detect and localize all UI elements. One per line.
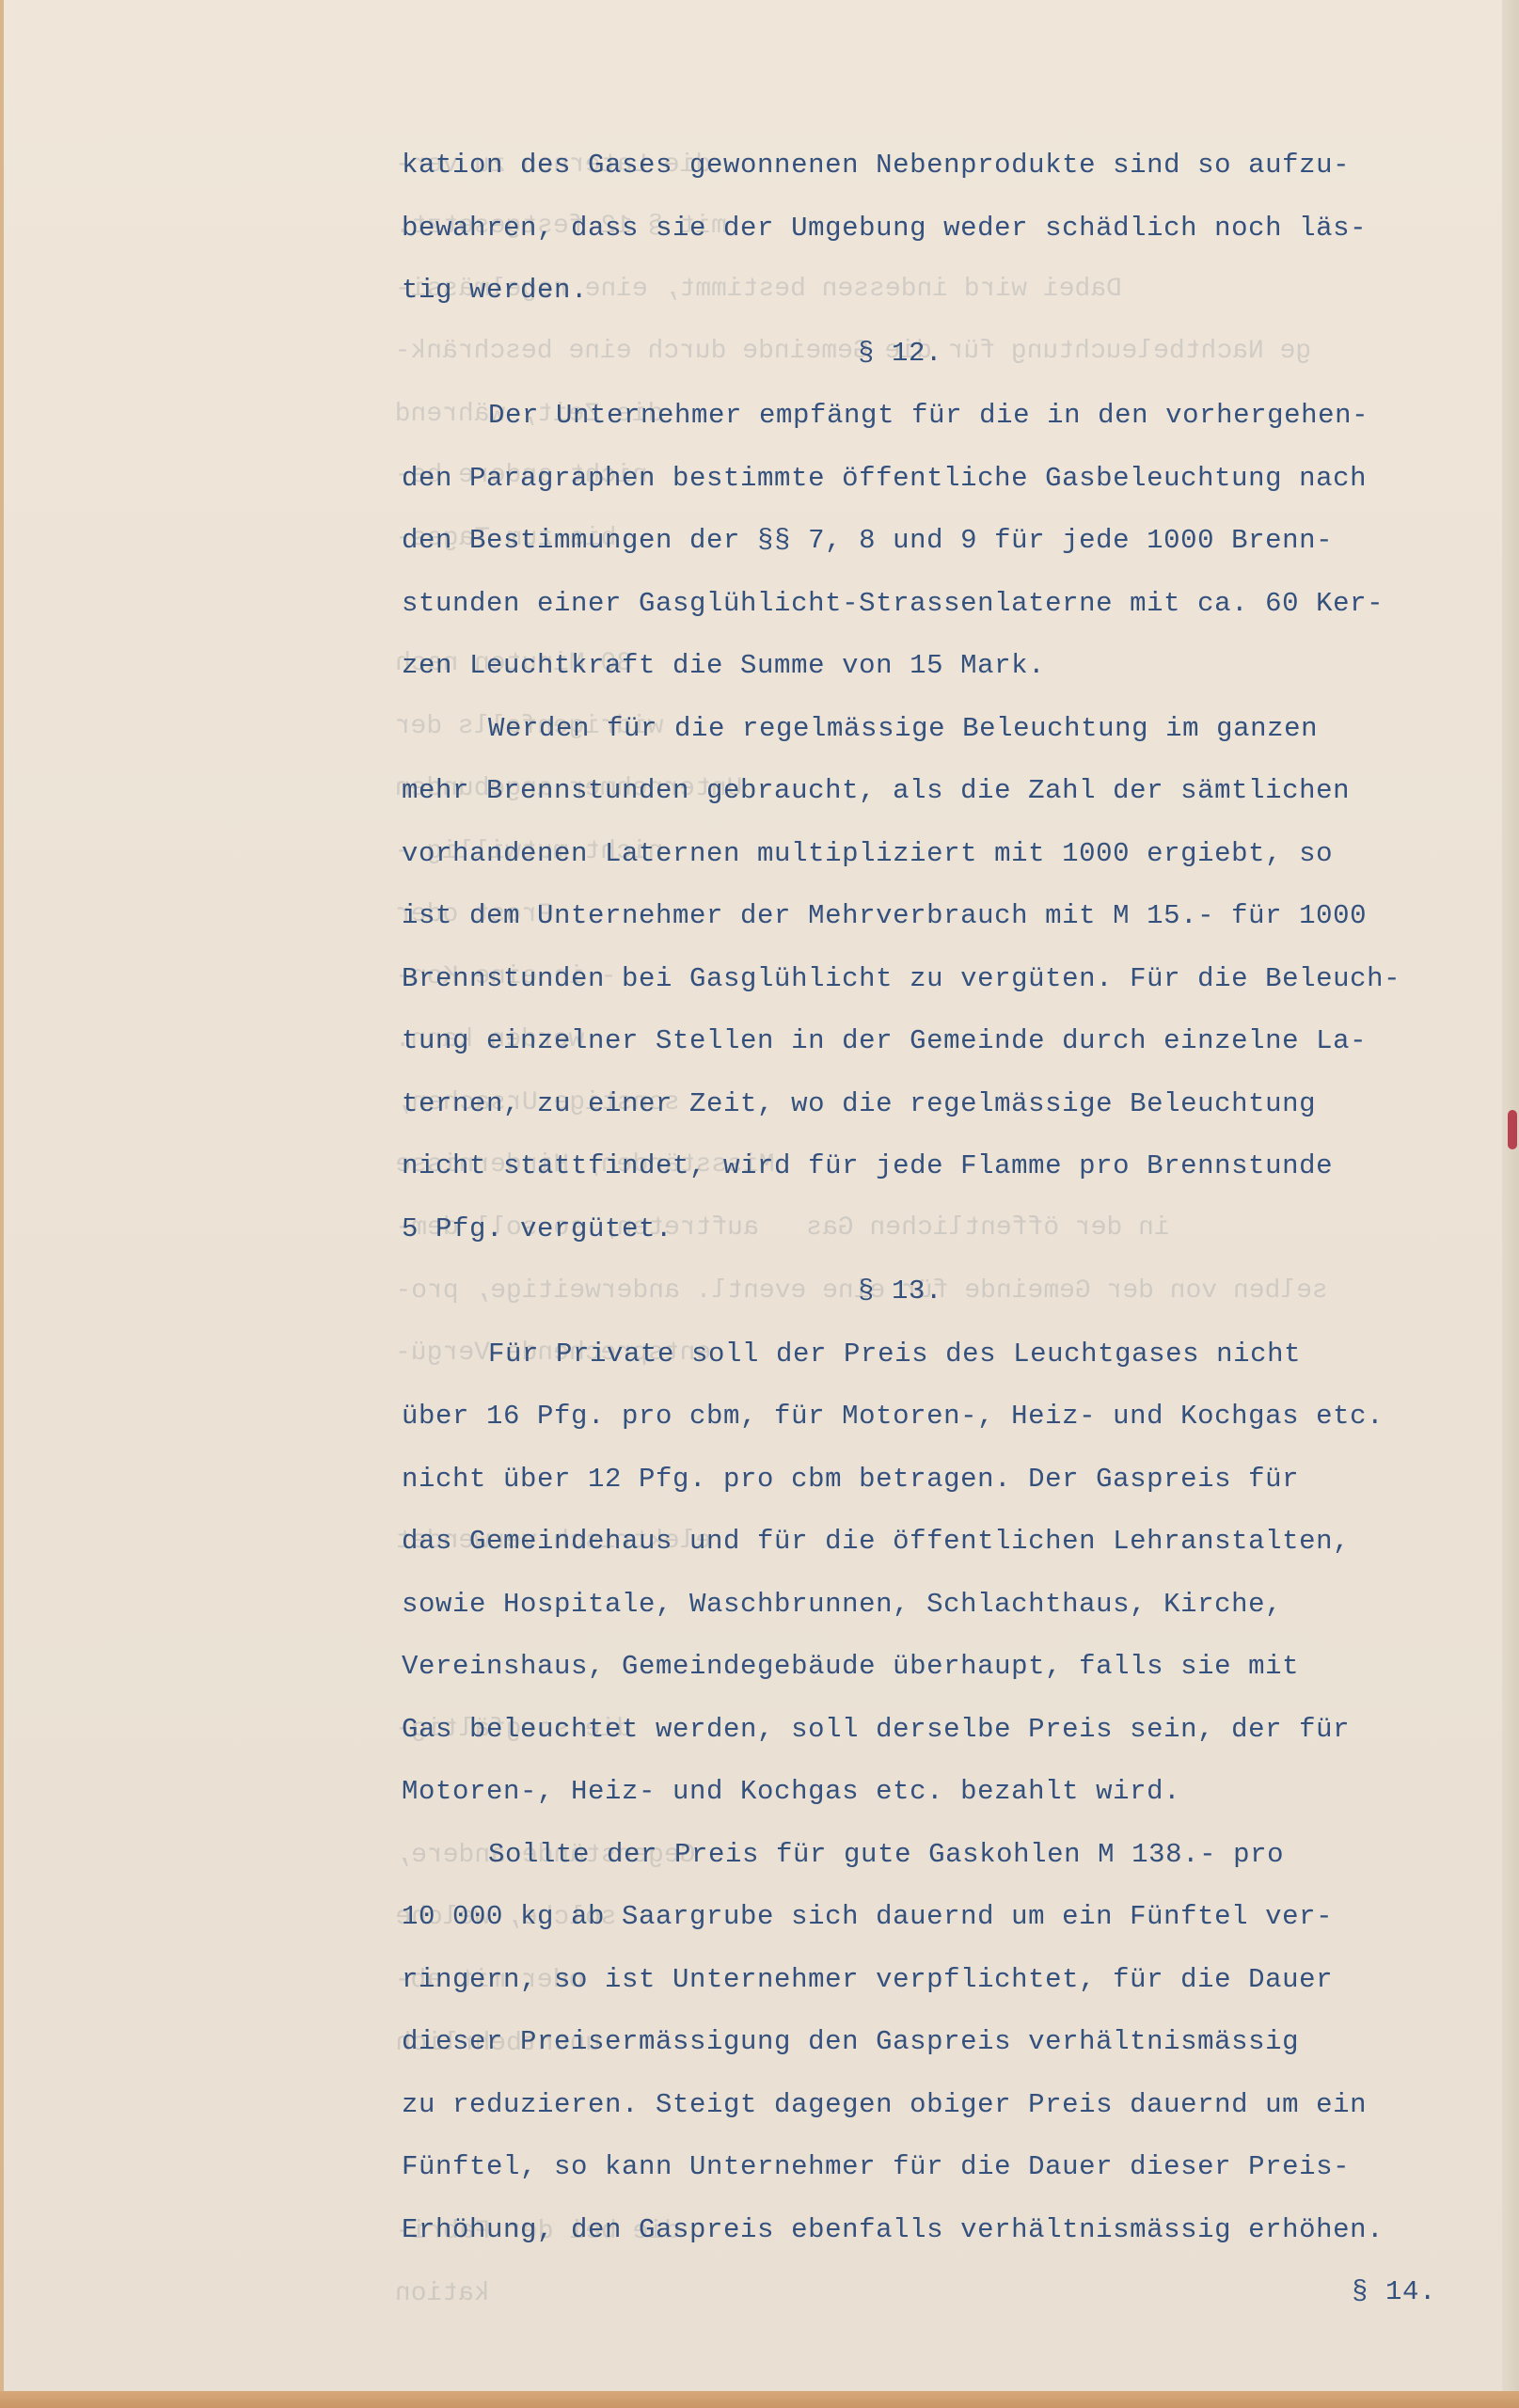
section-heading: § 12. <box>402 329 1483 392</box>
text-line: 5 Pfg. vergütet. <box>402 1205 1483 1268</box>
text-line: dieser Preisermässigung den Gaspreis ver… <box>402 2018 1483 2081</box>
text-line: Fünftel, so kann Unternehmer für die Dau… <box>402 2143 1483 2206</box>
text-line: nicht stattfindet, wird für jede Flamme … <box>402 1142 1483 1205</box>
text-line: ist dem Unternehmer der Mehrverbrauch mi… <box>402 892 1483 955</box>
text-line: Der Unternehmer empfängt für die in den … <box>402 391 1483 454</box>
text-line: Werden für die regelmässige Beleuchtung … <box>402 705 1483 768</box>
typewritten-text-body: kation des Gases gewonnenen Nebenprodukt… <box>402 141 1483 2331</box>
red-ink-mark <box>1508 1110 1517 1149</box>
text-line: tung einzelner Stellen in der Gemeinde d… <box>402 1017 1483 1080</box>
text-line: sowie Hospitale, Waschbrunnen, Schlachth… <box>402 1580 1483 1643</box>
text-line: stunden einer Gasglühlicht-Strassenlater… <box>402 579 1483 642</box>
text-line: Brennstunden bei Gasglühlicht zu vergüte… <box>402 955 1483 1018</box>
text-line: Gas beleuchtet werden, soll derselbe Pre… <box>402 1705 1483 1768</box>
text-line: bewahren, dass sie der Umgebung weder sc… <box>402 204 1483 267</box>
text-line: den Paragraphen bestimmte öffentliche Ga… <box>402 454 1483 517</box>
page-left-edge <box>0 0 4 2408</box>
text-line: den Bestimmungen der §§ 7, 8 und 9 für j… <box>402 516 1483 579</box>
page-bottom-edge <box>0 2391 1519 2408</box>
text-line: vorhandenen Laternen multipliziert mit 1… <box>402 830 1483 893</box>
text-line: ternen, zu einer Zeit, wo die regelmässi… <box>402 1080 1483 1143</box>
text-line: tig werden. <box>402 266 1483 329</box>
page-right-edge <box>1502 0 1519 2394</box>
text-line: zu reduzieren. Steigt dagegen obiger Pre… <box>402 2081 1483 2144</box>
text-line: zen Leuchtkraft die Summe von 15 Mark. <box>402 642 1483 705</box>
text-line: Erhöhung, den Gaspreis ebenfalls verhält… <box>402 2206 1483 2269</box>
text-line: Für Private soll der Preis des Leuchtgas… <box>402 1330 1483 1393</box>
section-heading: § 14. <box>402 2268 1483 2331</box>
text-line: Vereinshaus, Gemeindegebäude überhaupt, … <box>402 1642 1483 1705</box>
text-line: Motoren-, Heiz- und Kochgas etc. bezahlt… <box>402 1767 1483 1830</box>
text-line: mehr Brennstunden gebraucht, als die Zah… <box>402 767 1483 830</box>
text-line: nicht über 12 Pfg. pro cbm betragen. Der… <box>402 1455 1483 1518</box>
text-line: kation des Gases gewonnenen Nebenprodukt… <box>402 141 1483 204</box>
text-line: ringern, so ist Unternehmer verpflichtet… <box>402 1956 1483 2019</box>
text-line: über 16 Pfg. pro cbm, für Motoren-, Heiz… <box>402 1392 1483 1455</box>
text-line: Sollte der Preis für gute Gaskohlen M 13… <box>402 1830 1483 1893</box>
text-line: 10 000 kg ab Saargrube sich dauernd um e… <box>402 1893 1483 1956</box>
section-heading: § 13. <box>402 1267 1483 1330</box>
text-line: das Gemeindehaus und für die öffentliche… <box>402 1517 1483 1580</box>
